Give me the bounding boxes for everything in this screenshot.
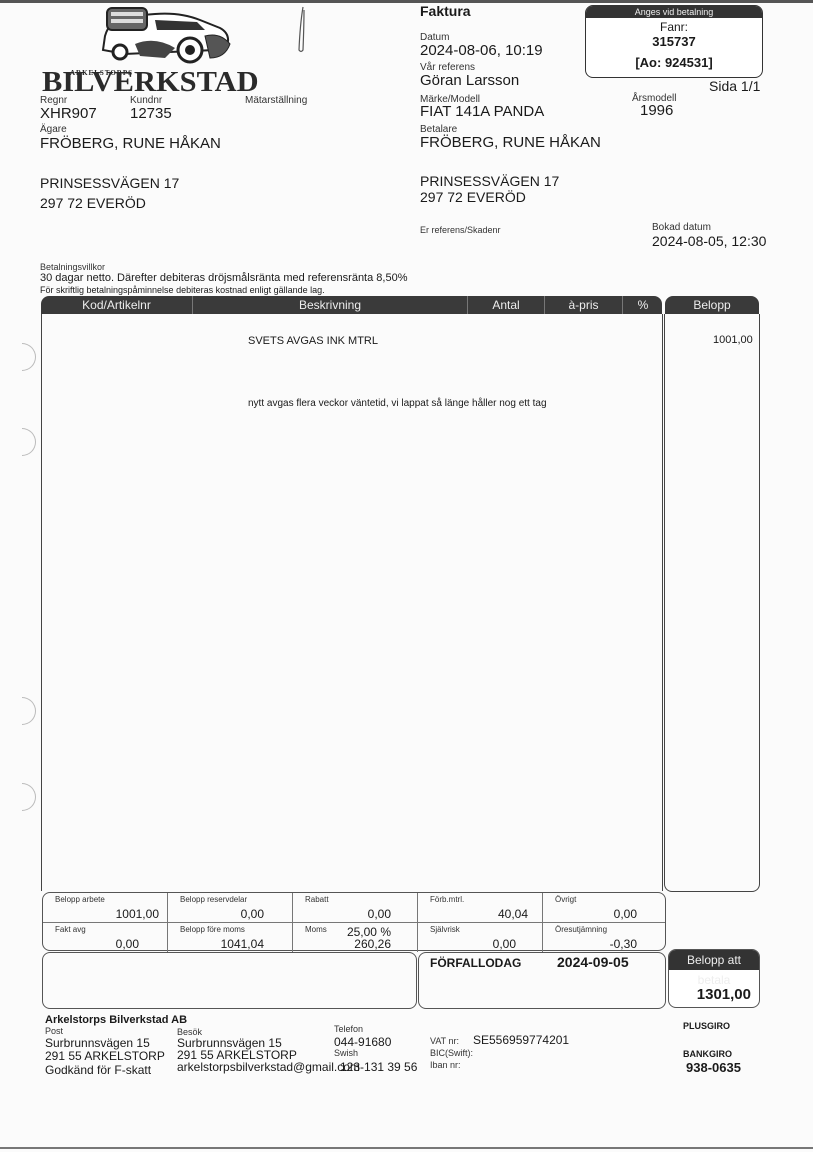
agare-value: FRÖBERG, RUNE HÅKAN	[40, 135, 221, 152]
belopp-column	[664, 314, 760, 892]
scan-bottom-edge	[0, 1147, 813, 1149]
col-header-kod: Kod/Artikelnr	[41, 298, 192, 312]
bokad-datum-value: 2024-08-05, 12:30	[652, 233, 766, 249]
er-referens-label: Er referens/Skadenr	[420, 225, 501, 235]
customer-address-line2: 297 72 EVERÖD	[40, 195, 146, 211]
customer-address-line1: PRINSESSVÄGEN 17	[40, 175, 179, 191]
footer-swish-label: Swish	[334, 1048, 358, 1058]
punch-hole-mark	[22, 428, 36, 456]
footer-company-name: Arkelstorps Bilverkstad AB	[45, 1014, 187, 1026]
punch-hole-mark	[22, 343, 36, 371]
bokad-datum-label: Bokad datum	[652, 222, 711, 233]
footer-plusgiro-label: PLUSGIRO	[683, 1021, 730, 1031]
ao-value: [Ao: 924531]	[586, 55, 762, 70]
betalare-address-line1: PRINSESSVÄGEN 17	[420, 173, 559, 189]
footer-vat: SE556959774201	[473, 1033, 569, 1047]
belopp-arbete-cell: Belopp arbete1001,00	[43, 893, 168, 922]
col-header-apris: à-pris	[545, 298, 622, 312]
footer-bic-label: BIC(Swift):	[430, 1048, 473, 1058]
terms-line2: För skriftlig betalningspåminnelse debit…	[40, 285, 325, 295]
amount-to-pay-box: Belopp att betala 1301,00	[668, 949, 760, 1008]
belopp-reservdelar-cell: Belopp reservdelar0,00	[168, 893, 293, 922]
fanr-label: Fanr:	[586, 20, 762, 34]
footer-telefon: 044-91680	[334, 1035, 391, 1049]
message-box	[42, 952, 417, 1009]
betalare-address-line2: 297 72 EVERÖD	[420, 189, 526, 205]
totals-grid: Belopp arbete1001,00 Belopp reservdelar0…	[42, 892, 666, 951]
punch-hole-mark	[22, 697, 36, 725]
footer-fskatt: Godkänd för F-skatt	[45, 1063, 151, 1077]
due-date-value: 2024-09-05	[557, 954, 629, 970]
company-logo: ARKELSTORPS BILVERKSTAD	[40, 6, 272, 92]
forb-mtrl-cell: Förb.mtrl.40,04	[418, 893, 543, 922]
amount-to-pay-value: 1301,00	[697, 986, 751, 1003]
footer-bankgiro-label: BANKGIRO	[683, 1049, 732, 1059]
col-header-belopp: Belopp	[665, 296, 759, 314]
terms-line1: 30 dagar netto. Därefter debiteras dröjs…	[40, 272, 407, 284]
line-item-note: nytt avgas flera veckor väntetid, vi lap…	[248, 398, 547, 409]
kundnr-value: 12735	[130, 105, 172, 122]
footer-vat-label: VAT nr:	[430, 1036, 459, 1046]
fakt-avg-cell: Fakt avg0,00	[43, 923, 168, 952]
footer-post-label: Post	[45, 1026, 63, 1036]
col-header-beskrivning: Beskrivning	[193, 298, 467, 312]
due-date-label: FÖRFALLODAG	[430, 956, 521, 970]
ovrigt-cell: Övrigt0,00	[543, 893, 665, 922]
sjalvrisk-cell: Självrisk0,00	[418, 923, 543, 952]
datum-value: 2024-08-06, 10:19	[420, 42, 543, 59]
var-referens-value: Göran Larsson	[420, 72, 519, 89]
document-title: Faktura	[420, 3, 471, 19]
rabatt-cell: Rabatt0,00	[293, 893, 418, 922]
col-header-percent: %	[623, 298, 663, 312]
footer-telefon-label: Telefon	[334, 1024, 363, 1034]
paperclip-icon	[297, 5, 307, 55]
marke-modell-value: FIAT 141A PANDA	[420, 103, 544, 120]
col-header-antal: Antal	[468, 298, 544, 312]
hotrod-car-icon	[85, 6, 235, 64]
betalare-value: FRÖBERG, RUNE HÅKAN	[420, 134, 601, 151]
payment-reference-box: Anges vid betalning Fanr: 315737 [Ao: 92…	[585, 5, 763, 78]
agare-label: Ägare	[40, 124, 67, 135]
regnr-value: XHR907	[40, 105, 97, 122]
matarstallning-label: Mätarställning	[245, 95, 307, 106]
belopp-fore-moms-cell: Belopp före moms1041,04	[168, 923, 293, 952]
page-number: Sida 1/1	[709, 78, 760, 94]
footer-email: arkelstorpsbilverkstad@gmail.com	[177, 1060, 360, 1074]
footer-bankgiro: 938-0635	[686, 1060, 741, 1075]
line-item-belopp: 1001,00	[713, 334, 753, 346]
arsmodell-value: 1996	[640, 102, 673, 119]
line-item-description: SVETS AVGAS INK MTRL	[248, 335, 378, 347]
line-items-header: Kod/Artikelnr Beskrivning Antal à-pris %	[41, 296, 662, 314]
terms-label: Betalningsvillkor	[40, 262, 105, 272]
amount-to-pay-label: Belopp att betala	[669, 950, 759, 970]
footer-iban-label: Iban nr:	[430, 1060, 461, 1070]
footer-swish: 123-131 39 56	[340, 1060, 417, 1074]
punch-hole-mark	[22, 783, 36, 811]
payment-box-title: Anges vid betalning	[586, 6, 762, 18]
fanr-value: 315737	[586, 34, 762, 49]
footer-post-line1: Surbrunnsvägen 15	[45, 1036, 150, 1050]
oresutjamning-cell: Öresutjämning-0,30	[543, 923, 665, 952]
scan-top-edge	[0, 0, 813, 3]
moms-cell: Moms 25,00 % 260,26	[293, 923, 418, 952]
footer-post-line2: 291 55 ARKELSTORP	[45, 1049, 165, 1063]
